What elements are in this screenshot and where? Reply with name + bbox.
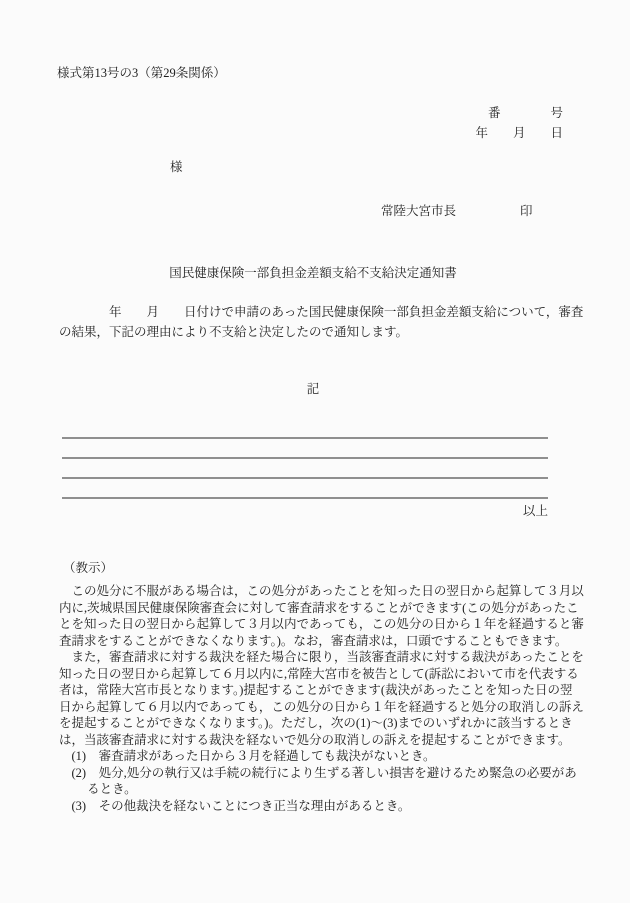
teaching-line: 内に,茨城県国民健康保険審査会に対して審査請求をすることができます(この処分があ…: [59, 600, 571, 617]
blank-entry-line: [62, 437, 548, 439]
teaching-line: とを知った日の翌日から起算して３月以内であっても，この処分の日から１年を経過する…: [59, 616, 571, 633]
teaching-list-item-1: (1) 審査請求があった日から３月を経過しても裁決がないとき。: [59, 748, 571, 765]
teaching-list-item-3: (3) その他裁決を経ないことにつき正当な理由があるとき。: [59, 798, 571, 815]
document-date-line: 年 月 日: [475, 126, 563, 141]
note-marker: 記: [60, 382, 566, 397]
teaching-heading: （教示）: [63, 561, 113, 576]
blank-entry-line: [62, 497, 548, 499]
teaching-list-item-2: (2) 処分,処分の執行又は手続の続行により生ずる著しい損害を避けるため緊急の必…: [59, 765, 571, 782]
teaching-line: を提起することができなくなります。)。ただし，次の(1)～(3)までのいずれかに…: [59, 715, 571, 732]
document-title: 国民健康保険一部負担金差額支給不支給決定通知書: [60, 266, 566, 281]
teaching-list-item-2-continued: るとき。: [59, 781, 571, 798]
teaching-line: 者は，常陸大宮市長となります。)提起することができます(裁決があったことを知った…: [59, 682, 571, 699]
blank-entry-line: [62, 457, 548, 459]
issuer-name: 常陸大宮市長: [381, 204, 456, 219]
document-number-line: 番 号: [488, 106, 563, 121]
teaching-section: この処分に不服がある場合は，この処分があったことを知った日の翌日から起算して３月…: [59, 583, 571, 814]
teaching-line: は，当該審査請求に対する裁決を経ないで処分の取消しの訴えを提起することができます…: [59, 732, 571, 749]
form-number: 様式第13号の3（第29条関係）: [57, 66, 226, 81]
teaching-line: この処分に不服がある場合は，この処分があったことを知った日の翌日から起算して３月…: [59, 583, 571, 600]
notice-document-page: 様式第13号の3（第29条関係） 番 号 年 月 日 様 常陸大宮市長 印 国民…: [0, 0, 630, 903]
addressee-honorific: 様: [170, 160, 183, 175]
teaching-line: 査請求をすることができなくなります。)。なお，審査請求は，口頭ですることもできま…: [59, 633, 571, 650]
body-paragraph-line-1: 年 月 日付けで申請のあった国民健康保険一部負担金差額支給について，審査: [59, 305, 583, 320]
teaching-line: また，審査請求に対する裁決を経た場合に限り，当該審査請求に対する裁決があったこと…: [59, 649, 571, 666]
seal-placeholder: 印: [520, 204, 533, 219]
closing-marker: 以上: [523, 504, 548, 519]
blank-entry-line: [62, 477, 548, 479]
teaching-line: 日から起算して６月以内であっても，この処分の日から１年を経過すると処分の取消しの…: [59, 699, 571, 716]
teaching-line: 知った日の翌日から起算して６月以内に,常陸大宮市を被告として(訴訟において市を代…: [59, 666, 571, 683]
body-paragraph-line-2: の結果，下記の理由により不支給と決定したので通知します。: [59, 325, 408, 340]
